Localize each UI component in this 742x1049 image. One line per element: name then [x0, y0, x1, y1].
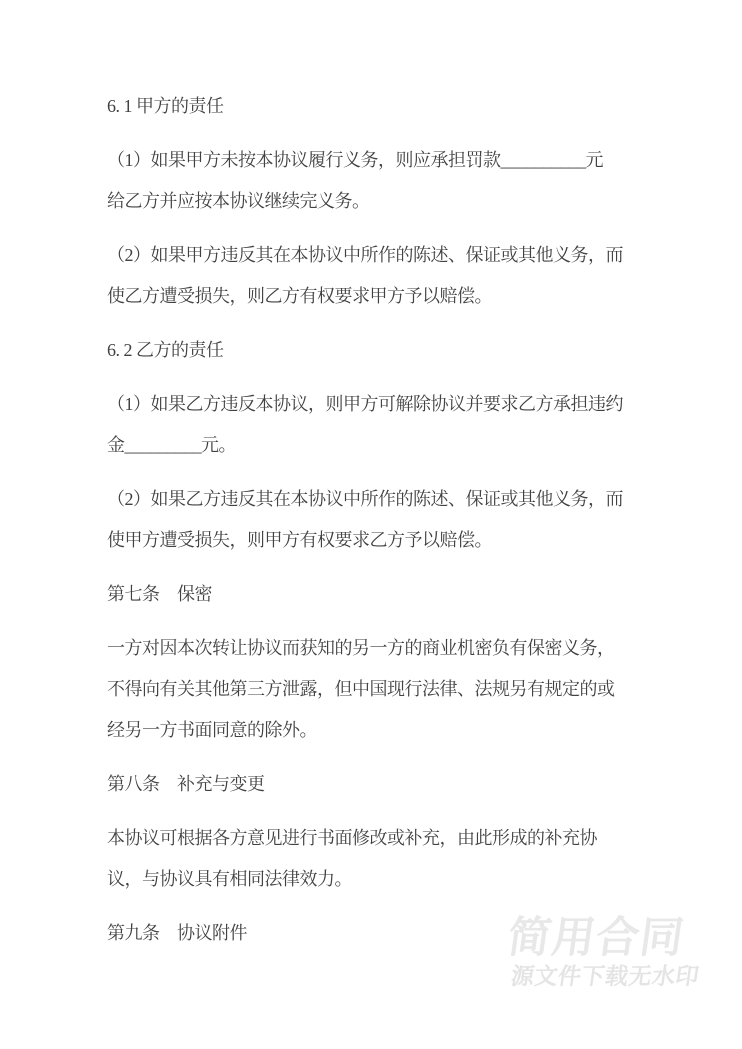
- text-line: 6. 2 乙方的责任: [107, 330, 702, 371]
- text-line: 使甲方遭受损失，则甲方有权要求乙方予以赔偿。: [107, 520, 702, 561]
- paragraph: （2）如果甲方违反其在本协议中所作的陈述、保证或其他义务，而使乙方遭受损失，则乙…: [107, 235, 702, 317]
- text-line: 一方对因本次转让协议而获知的另一方的商业机密负有保密义务，: [107, 628, 702, 669]
- document-page: 6. 1 甲方的责任（1）如果甲方未按本协议履行义务，则应承担罚款_______…: [0, 0, 742, 1049]
- section-heading: 6. 2 乙方的责任: [107, 330, 702, 371]
- text-line: （1）如果甲方未按本协议履行义务，则应承担罚款__________元: [107, 140, 702, 181]
- paragraph: （1）如果甲方未按本协议履行义务，则应承担罚款__________元给乙方并应按…: [107, 140, 702, 222]
- text-line: 不得向有关其他第三方泄露，但中国现行法律、法规另有规定的或: [107, 669, 702, 710]
- text-line: 议，与协议具有相同法律效力。: [107, 859, 702, 900]
- paragraph: 一方对因本次转让协议而获知的另一方的商业机密负有保密义务，不得向有关其他第三方泄…: [107, 628, 702, 751]
- paragraph: 本协议可根据各方意见进行书面修改或补充，由此形成的补充协议，与协议具有相同法律效…: [107, 818, 702, 900]
- watermark-title: 简用合同: [505, 916, 687, 962]
- text-line: 第八条 补充与变更: [107, 764, 702, 805]
- text-line: 第七条 保密: [107, 574, 702, 615]
- text-line: 经另一方书面同意的除外。: [107, 710, 702, 751]
- section-heading: 第七条 保密: [107, 574, 702, 615]
- document-body: 6. 1 甲方的责任（1）如果甲方未按本协议履行义务，则应承担罚款_______…: [107, 86, 702, 967]
- section-heading: 第八条 补充与变更: [107, 764, 702, 805]
- text-line: 6. 1 甲方的责任: [107, 86, 702, 127]
- text-line: 本协议可根据各方意见进行书面修改或补充，由此形成的补充协: [107, 818, 702, 859]
- text-line: （2）如果甲方违反其在本协议中所作的陈述、保证或其他义务，而: [107, 235, 702, 276]
- text-line: （2）如果乙方违反其在本协议中所作的陈述、保证或其他义务，而: [107, 479, 702, 520]
- watermark-subtitle: 源文件下载无水印: [509, 964, 701, 990]
- text-line: 使乙方遭受损失，则乙方有权要求甲方予以赔偿。: [107, 276, 702, 317]
- text-line: 给乙方并应按本协议继续完义务。: [107, 181, 702, 222]
- paragraph: （1）如果乙方违反本协议，则甲方可解除协议并要求乙方承担违约金_________…: [107, 384, 702, 466]
- paragraph: （2）如果乙方违反其在本协议中所作的陈述、保证或其他义务，而使甲方遭受损失，则甲…: [107, 479, 702, 561]
- text-line: 金_________元。: [107, 425, 702, 466]
- text-line: （1）如果乙方违反本协议，则甲方可解除协议并要求乙方承担违约: [107, 384, 702, 425]
- section-heading: 6. 1 甲方的责任: [107, 86, 702, 127]
